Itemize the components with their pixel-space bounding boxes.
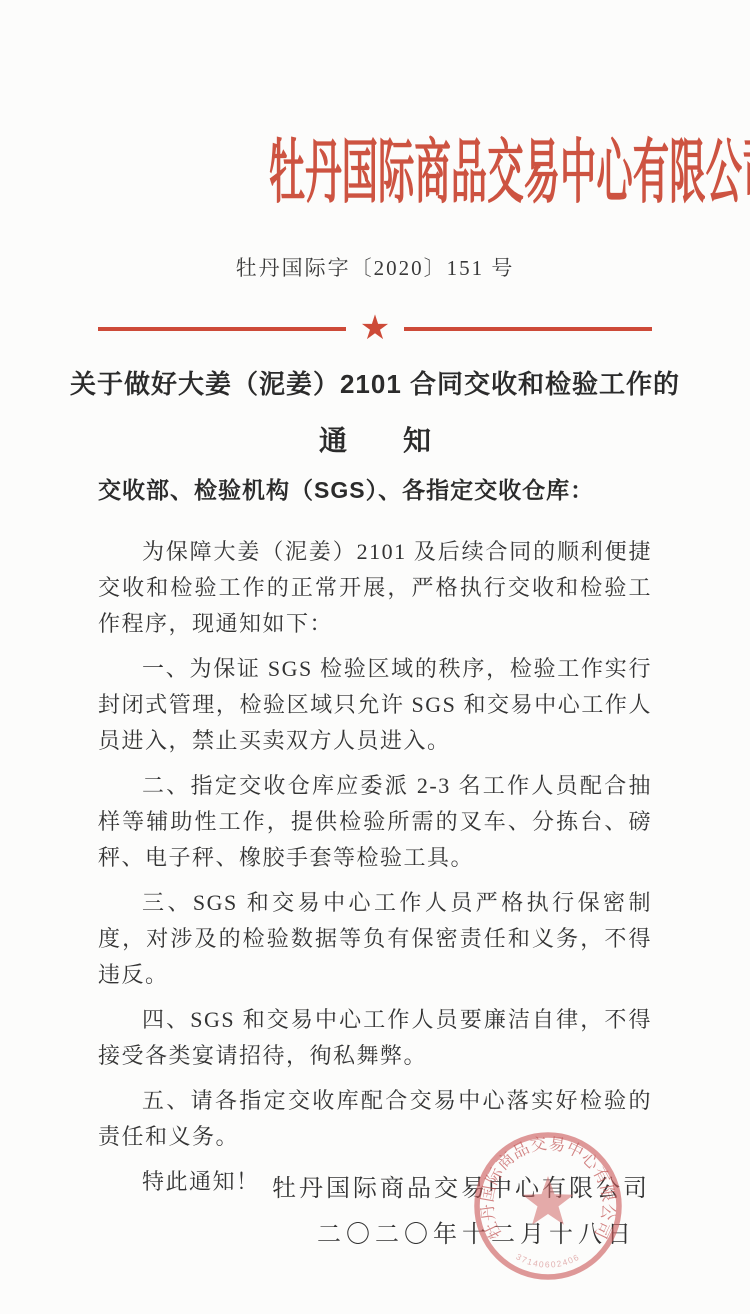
document-title-line1: 关于做好大姜（泥姜）2101 合同交收和检验工作的 <box>0 366 750 402</box>
signature-block: 牡丹国际商品交易中心有限公司 二〇二〇年十二月十八日 <box>272 1172 650 1252</box>
document-number: 牡丹国际字〔2020〕151 号 <box>0 252 750 282</box>
letterhead: 牡丹国际商品交易中心有限公司文件 <box>0 122 750 226</box>
body-paragraph: 四、SGS 和交易中心工作人员要廉洁自律，不得接受各类宴请招待，徇私舞弊。 <box>98 1002 652 1074</box>
body-paragraph: 一、为保证 SGS 检验区域的秩序，检验工作实行封闭式管理，检验区域只允许 SG… <box>98 651 652 759</box>
company-signature: 牡丹国际商品交易中心有限公司 <box>272 1172 650 1206</box>
document-page: 牡丹国际商品交易中心有限公司文件 牡丹国际字〔2020〕151 号 ★ 关于做好… <box>0 0 750 1314</box>
svg-text:37140602406: 37140602406 <box>514 1251 581 1269</box>
document-body: 为保障大姜（泥姜）2101 及后续合同的顺利便捷交收和检验工作的正常开展，严格执… <box>98 534 652 1200</box>
star-icon: ★ <box>360 312 390 346</box>
addressee-line: 交收部、检验机构（SGS）、各指定交收仓库： <box>98 474 652 506</box>
divider-rule-left <box>98 327 346 331</box>
body-paragraph: 为保障大姜（泥姜）2101 及后续合同的顺利便捷交收和检验工作的正常开展，严格执… <box>98 534 652 642</box>
body-paragraph: 三、SGS 和交易中心工作人员严格执行保密制度，对涉及的检验数据等负有保密责任和… <box>98 885 652 993</box>
document-title-line2: 通 知 <box>0 424 750 458</box>
divider-rule-right <box>404 327 652 331</box>
document-date: 二〇二〇年十二月十八日 <box>272 1218 650 1252</box>
body-paragraph: 五、请各指定交收库配合交易中心落实好检验的责任和义务。 <box>98 1083 652 1155</box>
letterhead-title: 牡丹国际商品交易中心有限公司文件 <box>269 122 750 226</box>
star-divider: ★ <box>98 312 652 346</box>
seal-serial-number: 37140602406 <box>514 1251 581 1269</box>
body-paragraph: 二、指定交收仓库应委派 2-3 名工作人员配合抽样等辅助性工作，提供检验所需的叉… <box>98 768 652 876</box>
